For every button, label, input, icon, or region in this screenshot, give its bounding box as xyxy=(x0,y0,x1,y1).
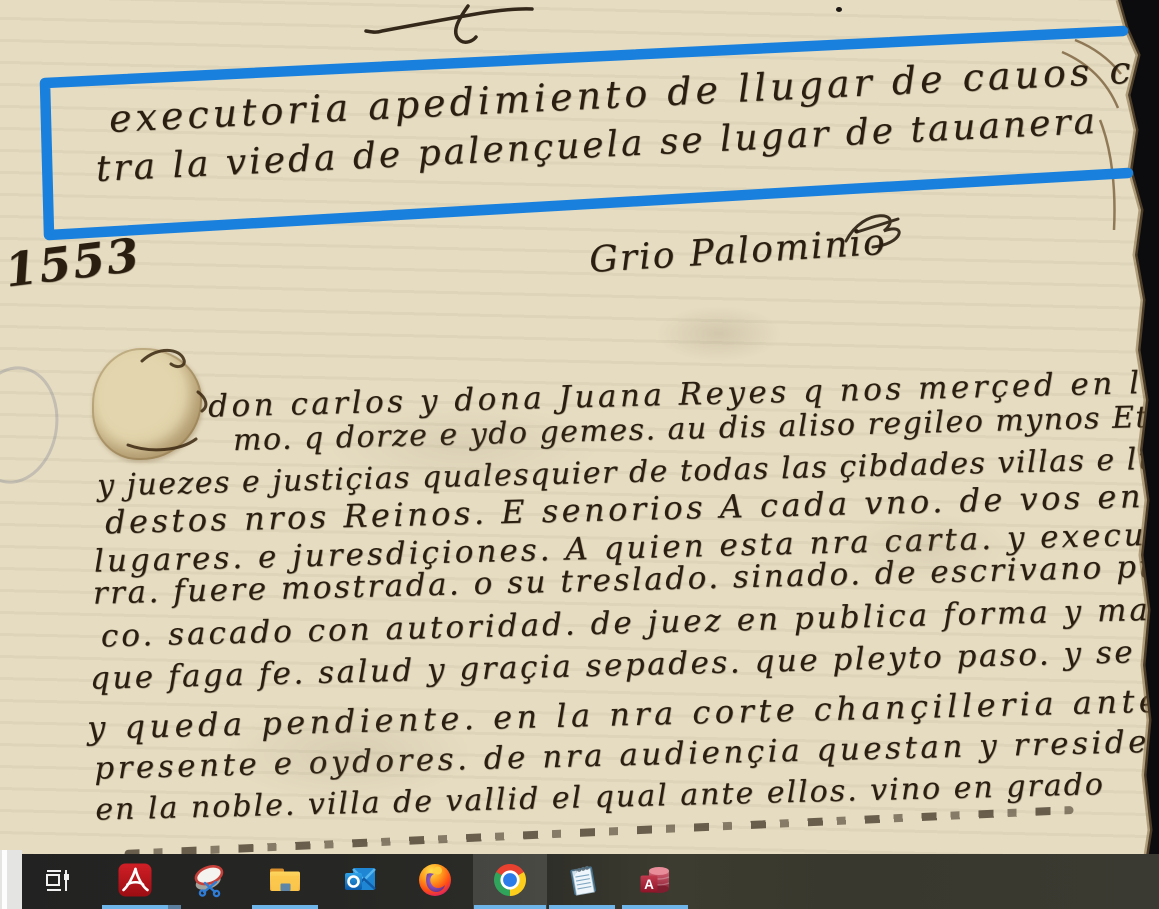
manuscript-line: lugares. e juresdiçiones. A quien esta n… xyxy=(94,516,1159,580)
taskbar-icon-file-explorer[interactable] xyxy=(248,854,322,909)
taskbar-icon-snipping-tool[interactable] xyxy=(173,854,247,909)
manuscript-heading-line: tra la vieda de palençuela se lugar de t… xyxy=(95,101,1099,190)
manuscript-line: destos nros Reinos. E senorios A cada vn… xyxy=(105,475,1159,542)
taskbar-icon-firefox[interactable] xyxy=(398,854,472,909)
taskbar-icon-outlook[interactable] xyxy=(323,854,397,909)
wax-stain xyxy=(92,348,202,460)
file-explorer-icon xyxy=(267,862,303,898)
clipped-manuscript-line xyxy=(124,806,1073,856)
snipping-tool-icon xyxy=(192,862,228,898)
manuscript-line: y queda pendiente. en la nra corte chanç… xyxy=(87,680,1159,747)
ink-flourishes xyxy=(0,0,1159,856)
blue-highlight-annotation xyxy=(0,0,1159,856)
access-icon: A xyxy=(637,862,673,898)
scribe-signature: Grio Palominio xyxy=(588,222,888,281)
taskbar-icon-access[interactable]: A xyxy=(618,854,692,909)
manuscript-body: don carlos y dona Juana Reyes q nos merç… xyxy=(0,0,1159,856)
taskbar-icon-adobe-acrobat[interactable] xyxy=(98,854,172,909)
window-edge-highlight xyxy=(2,850,7,909)
margin-year-note: 1553 xyxy=(2,227,144,297)
manuscript-line: don carlos y dona Juana Reyes q nos merç… xyxy=(208,362,1159,425)
screen: executoria apedimiento de llugar de cauo… xyxy=(0,0,1159,909)
manuscript-line: y juezes e justiçias qualesquier de toda… xyxy=(97,439,1159,503)
task-view-icon xyxy=(40,862,76,898)
adobe-acrobat-icon xyxy=(117,862,153,898)
chrome-icon xyxy=(492,862,528,898)
manuscript-page: executoria apedimiento de llugar de cauo… xyxy=(0,0,1159,856)
manuscript-line: rra. fuere mostrada. o su treslado. sina… xyxy=(92,547,1159,611)
manuscript-line: mo. q dorze e ydo gemes. au dis aliso re… xyxy=(233,399,1159,458)
notepad-icon xyxy=(564,862,600,898)
manuscript-line: presente e oydores. de nra audiençia que… xyxy=(94,723,1159,786)
taskbar-icon-notepad[interactable] xyxy=(545,854,619,909)
window-edge-strip xyxy=(0,850,22,909)
ink-fleck xyxy=(836,7,842,12)
manuscript-line: co. sacado con autoridad. de juez en pub… xyxy=(100,590,1159,655)
page-torn-edge xyxy=(0,0,1159,856)
running-indicator xyxy=(474,905,546,909)
access-letter: A xyxy=(644,877,654,892)
manuscript-line: en la noble. villa de vallid el qual ant… xyxy=(95,767,1105,828)
running-indicator xyxy=(549,905,615,909)
manuscript-line: que faga fe. salud y graçia sepades. que… xyxy=(90,632,1159,697)
faint-stamp-circle xyxy=(0,360,67,490)
running-indicator xyxy=(622,905,688,909)
taskbar-icon-task-view[interactable] xyxy=(21,854,95,909)
running-indicator xyxy=(102,905,168,909)
firefox-icon xyxy=(417,862,453,898)
taskbar: A xyxy=(0,854,1159,909)
manuscript-heading-line: executoria apedimiento de llugar de cauo… xyxy=(108,45,1159,141)
running-indicator xyxy=(252,905,318,909)
taskbar-icon-chrome[interactable] xyxy=(473,854,547,909)
outlook-icon xyxy=(342,862,378,898)
